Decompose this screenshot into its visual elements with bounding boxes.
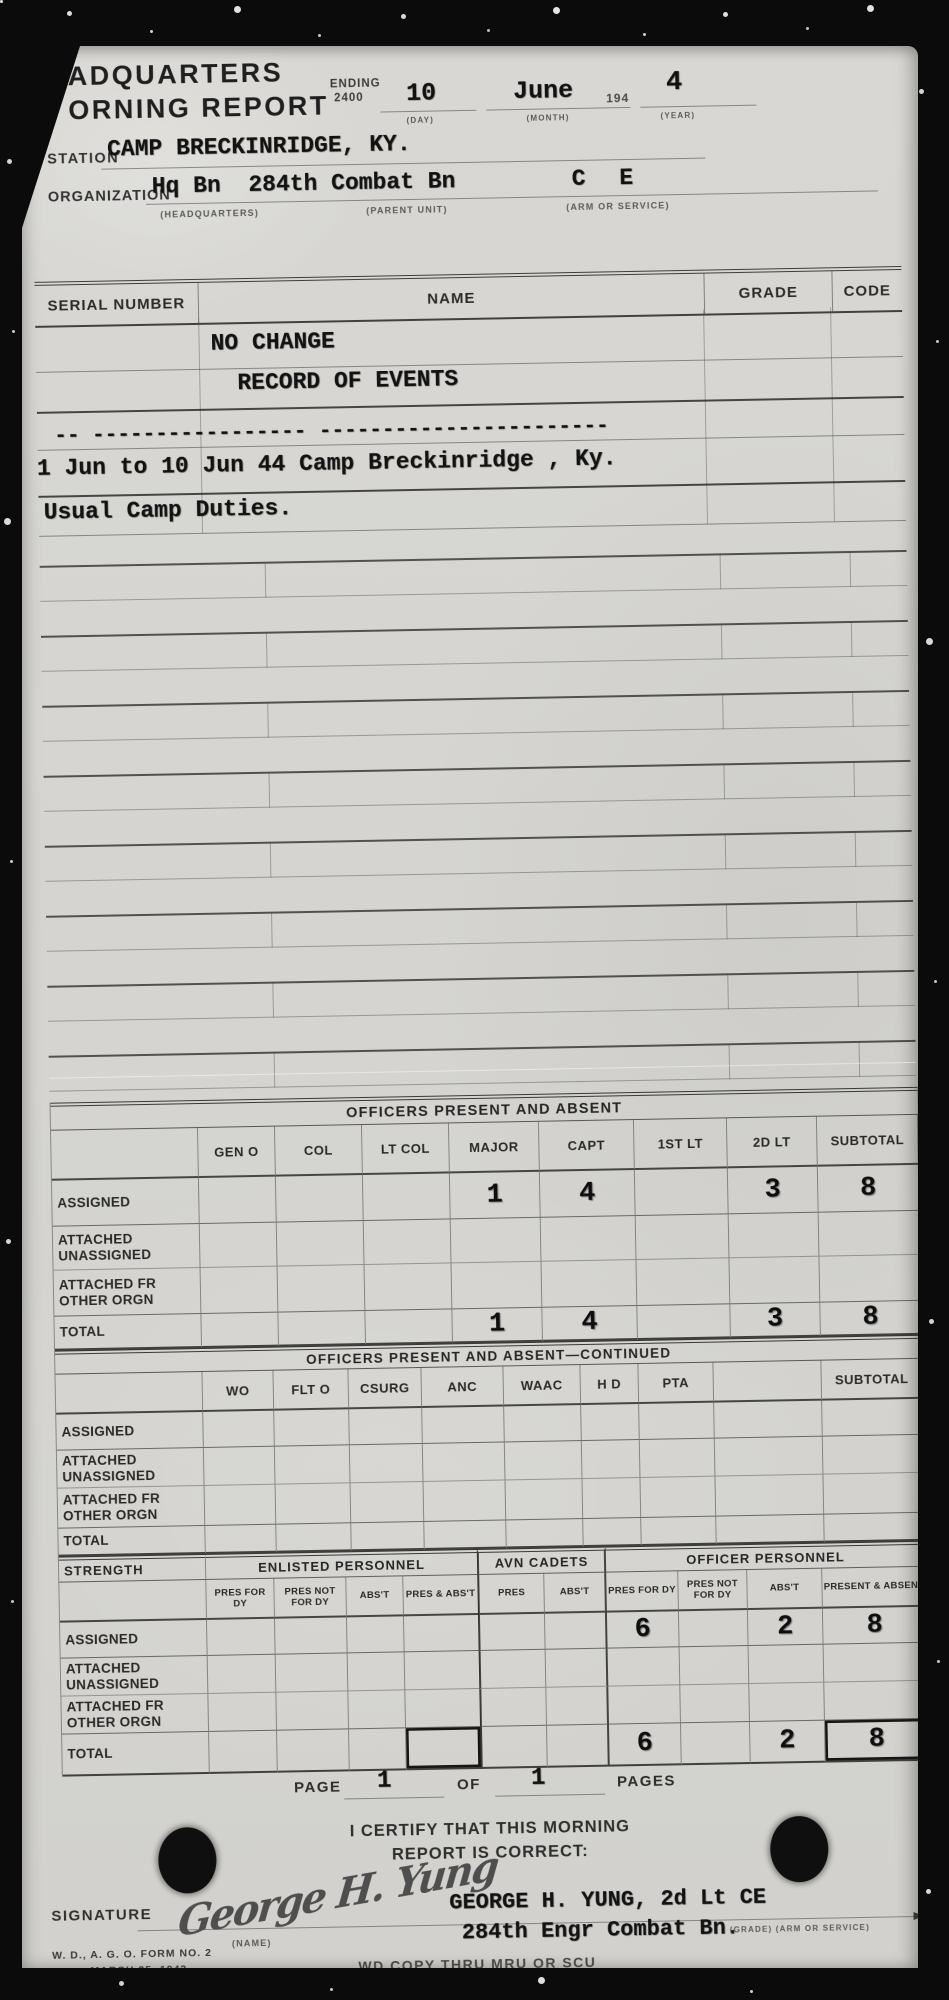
- column-header: ABS'T: [346, 1576, 404, 1617]
- empty-cell: [276, 1523, 352, 1552]
- organization-value: Hq Bn 284th Combat Bn: [151, 168, 455, 200]
- empty-cell: [277, 1729, 350, 1772]
- column-header: PRES: [477, 1574, 545, 1615]
- station-value: CAMP BRECKINRIDGE, KY.: [107, 131, 411, 163]
- empty-cell: [608, 1647, 681, 1686]
- empty-cell: [422, 1406, 505, 1443]
- record-line-duties: Usual Camp Duties.: [43, 495, 292, 526]
- empty-cell: [276, 1175, 364, 1223]
- empty-cell: [364, 1219, 452, 1265]
- column-header: PRES FOR DY: [206, 1579, 275, 1620]
- group-header-avn-cadets: AVN CADETS: [477, 1547, 606, 1575]
- column-header: CAPT: [539, 1120, 635, 1172]
- column-header: H D: [580, 1364, 639, 1405]
- column-header: GEN O: [198, 1127, 276, 1178]
- ruled-line: [38, 480, 905, 498]
- empty-cell: [505, 1441, 583, 1480]
- column-header: PRES FOR DY: [606, 1571, 679, 1612]
- grade-arm-sublabel: (GRADE) (ARM OR SERVICE): [730, 1923, 870, 1935]
- empty-cell: [275, 1445, 351, 1484]
- day-underline: [380, 110, 476, 113]
- empty-cell: [749, 1683, 825, 1722]
- empty-cell: [541, 1260, 637, 1308]
- empty-cell: [679, 1610, 749, 1647]
- empty-cell: [749, 1645, 825, 1684]
- column-header: ABS'T: [544, 1573, 607, 1614]
- day-sublabel: (DAY): [406, 116, 434, 126]
- serial-number-column-header: SERIAL NUMBER: [35, 283, 200, 326]
- strength-table: STRENGTH ENLISTED PERSONNEL AVN CADETS O…: [58, 1541, 931, 1777]
- year-prefix: 194: [606, 91, 629, 105]
- empty-cell: [348, 1652, 406, 1691]
- empty-cell: [479, 1688, 547, 1727]
- empty-cell: [405, 1651, 481, 1690]
- column-header: ABS'T: [747, 1569, 823, 1610]
- empty-cell: [275, 1617, 348, 1654]
- empty-cell: [824, 1513, 925, 1543]
- column-divider: [703, 310, 708, 524]
- empty-cell: [349, 1408, 423, 1445]
- empty-cell: [506, 1519, 584, 1548]
- column-header: PRESENT & ABSENT: [822, 1567, 927, 1609]
- empty-cell: [636, 1258, 730, 1306]
- empty-cell: [505, 1479, 583, 1520]
- empty-cell: [581, 1404, 640, 1441]
- empty-cell: [423, 1442, 506, 1481]
- pages-total: 1: [531, 1765, 546, 1792]
- empty-cell: [819, 1255, 921, 1303]
- empty-cell: [640, 1439, 716, 1478]
- row-label: ATTACHED UNASSIGNED: [61, 1656, 209, 1697]
- empty-cell: [350, 1444, 424, 1483]
- page-number: 1: [377, 1768, 392, 1795]
- empty-cell: [641, 1517, 717, 1546]
- empty-cell: [201, 1267, 279, 1314]
- value-cell: 8: [823, 1607, 928, 1645]
- code-column-header: CODE: [832, 270, 902, 311]
- empty-cell: [349, 1728, 407, 1771]
- punch-hole-right: [770, 1816, 829, 1883]
- pages-label: PAGES: [617, 1772, 676, 1790]
- empty-cell: [424, 1480, 507, 1521]
- row-label: ATTACHED FR OTHER ORGN: [54, 1268, 202, 1317]
- empty-cell: [208, 1655, 277, 1694]
- empty-cell: [478, 1614, 546, 1651]
- value-cell: 4: [540, 1170, 636, 1218]
- value-cell: 8: [820, 1301, 922, 1337]
- empty-cell: [824, 1681, 929, 1721]
- row-label: ATTACHED UNASSIGNED: [57, 1448, 205, 1489]
- scan-tilt-wrapper: ADQUARTERS ORNING REPORT ENDING 2400 10 …: [7, 38, 938, 1976]
- signature-line-arrow: [913, 1912, 923, 1920]
- empty-cell: [363, 1173, 451, 1221]
- column-header: FLT O: [273, 1369, 349, 1410]
- row-label: ASSIGNED: [52, 1178, 200, 1227]
- name-column-header: NAME: [199, 274, 706, 323]
- empty-cell: [715, 1437, 824, 1477]
- empty-cell: [424, 1520, 506, 1549]
- year-sublabel: (YEAR): [660, 111, 695, 121]
- ruled-line: [37, 396, 904, 414]
- column-header: WAAC: [503, 1365, 581, 1406]
- empty-cell: [547, 1725, 610, 1768]
- empty-cell: [347, 1616, 405, 1653]
- boxed-value-cell: 8: [825, 1719, 930, 1763]
- value-cell: 3: [730, 1303, 821, 1339]
- officers-present-absent-table: OFFICERS PRESENT AND ABSENT GEN O COL LT…: [50, 1087, 923, 1351]
- empty-cell: [274, 1409, 350, 1446]
- empty-cell: [824, 1643, 929, 1683]
- form-title-line2: ORNING REPORT: [68, 90, 329, 126]
- column-header: 2D LT: [727, 1117, 818, 1169]
- value-cell: 2: [748, 1609, 824, 1646]
- typed-unit: 284th Engr Combat Bn.: [462, 1915, 740, 1945]
- column-header: 1ST LT: [634, 1118, 728, 1170]
- paper-sheet: ADQUARTERS ORNING REPORT ENDING 2400 10 …: [22, 46, 918, 1968]
- row-label: TOTAL: [58, 1526, 205, 1557]
- record-line-dates: 1 Jun to 10 Jun 44 Camp Breckinridge , K…: [37, 445, 617, 482]
- certify-line1: I CERTIFY THAT THIS MORNING: [270, 1816, 710, 1843]
- empty-cell: [205, 1485, 277, 1526]
- row-label: TOTAL: [54, 1314, 202, 1351]
- empty-cell: [278, 1265, 366, 1313]
- month-sublabel: (MONTH): [526, 113, 569, 123]
- empty-cell: [480, 1726, 548, 1769]
- empty-cell: [203, 1411, 275, 1448]
- empty-cell: [365, 1309, 453, 1345]
- empty-cell: [582, 1440, 641, 1479]
- value-cell: 3: [728, 1167, 819, 1215]
- empty-cell: [729, 1213, 820, 1259]
- empty-cell: [351, 1482, 425, 1523]
- column-header: PRES NOT FOR DY: [678, 1570, 748, 1611]
- headquarters-sublabel: (HEADQUARTERS): [160, 208, 259, 220]
- officers-continued-table: OFFICERS PRESENT AND ABSENT—CONTINUED WO…: [54, 1335, 927, 1557]
- value-cell: 1: [452, 1308, 543, 1344]
- form-title-line1: ADQUARTERS: [67, 57, 283, 92]
- column-header: COL: [275, 1125, 363, 1177]
- ending-time: 2400: [334, 92, 364, 105]
- scanned-morning-report: ADQUARTERS ORNING REPORT ENDING 2400 10 …: [0, 0, 949, 2000]
- empty-cell: [348, 1690, 406, 1729]
- month-value: June: [513, 76, 574, 106]
- empty-cell: [635, 1168, 729, 1216]
- empty-cell: [452, 1262, 543, 1310]
- empty-cell: [822, 1399, 924, 1437]
- form-number: W. D., A. G. O. FORM NO. 2: [52, 1947, 212, 1962]
- typed-name: GEORGE H. YUNG, 2d Lt CE: [449, 1885, 766, 1916]
- empty-cell: [199, 1177, 277, 1224]
- blank-column-header: [713, 1361, 822, 1403]
- empty-cell: [823, 1473, 925, 1515]
- row-label: ATTACHED UNASSIGNED: [53, 1224, 201, 1271]
- empty-cell: [640, 1477, 716, 1518]
- wd-copy-note: WD COPY THRU MRU OR SCU: [358, 1954, 596, 1974]
- empty-cell: [823, 1435, 925, 1475]
- value-cell: 1: [450, 1172, 541, 1220]
- column-header: WO: [202, 1371, 274, 1412]
- empty-cell: [405, 1689, 481, 1728]
- name-sublabel: (NAME): [232, 1938, 272, 1949]
- column-header: SUBTOTAL: [817, 1115, 919, 1167]
- value-cell: 8: [818, 1165, 920, 1213]
- empty-cell: [504, 1405, 582, 1442]
- empty-cell: [716, 1515, 824, 1545]
- empty-cell: [639, 1403, 715, 1440]
- corner-cell: [59, 1580, 207, 1623]
- value-cell: 6: [607, 1611, 680, 1648]
- strength-row-header: STRENGTH: [59, 1554, 206, 1583]
- punch-hole-left: [158, 1827, 217, 1894]
- empty-cell: [479, 1650, 547, 1689]
- pages-underline: [495, 1794, 605, 1797]
- ruled-line: [36, 356, 903, 373]
- column-divider: [830, 307, 835, 521]
- empty-cell: [636, 1214, 730, 1260]
- row-label: ASSIGNED: [56, 1412, 204, 1451]
- empty-cell: [204, 1447, 276, 1486]
- roster-header-row: SERIAL NUMBER NAME GRADE CODE: [34, 266, 902, 328]
- empty-cell: [637, 1304, 731, 1340]
- column-header: PTA: [638, 1363, 714, 1404]
- column-header: LT COL: [362, 1123, 450, 1175]
- value-cell: 4: [542, 1306, 638, 1342]
- value-cell: 6: [609, 1723, 682, 1766]
- empty-cell: [729, 1257, 820, 1305]
- month-underline: [486, 107, 630, 111]
- ending-label: ENDING: [330, 78, 381, 91]
- row-label: TOTAL: [62, 1732, 210, 1777]
- empty-cell: [546, 1687, 609, 1726]
- row-label: ATTACHED FR OTHER ORGN: [58, 1486, 206, 1529]
- boxed-empty-cell: [406, 1727, 482, 1770]
- empty-cell: [277, 1221, 365, 1267]
- empty-cell: [582, 1478, 641, 1519]
- parent-unit-sublabel: (PARENT UNIT): [366, 204, 448, 215]
- row-label: ASSIGNED: [60, 1620, 208, 1659]
- column-header: CSURG: [348, 1368, 422, 1409]
- column-header: PRES & ABS'T: [403, 1575, 479, 1616]
- scan-noise: [0, 0, 3, 3]
- empty-cell: [209, 1731, 278, 1774]
- empty-cell: [715, 1475, 824, 1517]
- column-header: SUBTOTAL: [821, 1359, 923, 1401]
- arm-or-service-value: C E: [571, 165, 643, 192]
- page-label: PAGE: [294, 1779, 342, 1797]
- empty-cell: [351, 1522, 425, 1551]
- empty-cell: [208, 1693, 277, 1732]
- empty-cell: [276, 1653, 349, 1692]
- empty-cell: [404, 1615, 480, 1652]
- signature-label: SIGNATURE: [51, 1906, 152, 1925]
- form-date: MARCH 25, 1943: [90, 1963, 187, 1977]
- empty-cell: [608, 1685, 681, 1724]
- empty-cell: [205, 1525, 277, 1554]
- column-header: MAJOR: [449, 1122, 540, 1174]
- arm-or-service-sublabel: (ARM OR SERVICE): [566, 200, 670, 212]
- year-underline: [640, 105, 756, 108]
- page-underline: [344, 1797, 444, 1800]
- empty-cell: [200, 1223, 278, 1268]
- empty-cell: [680, 1684, 750, 1723]
- empty-cell: [541, 1216, 637, 1262]
- empty-cell: [365, 1263, 453, 1311]
- empty-cell: [451, 1218, 542, 1264]
- value-cell: 2: [750, 1721, 826, 1764]
- empty-cell: [681, 1722, 751, 1765]
- blank-ruled-rows: [40, 550, 917, 1103]
- empty-cell: [680, 1646, 750, 1685]
- empty-cell: [276, 1483, 352, 1524]
- column-header: ANC: [421, 1366, 504, 1407]
- corner-cell: [51, 1128, 199, 1181]
- empty-cell: [545, 1613, 608, 1650]
- empty-cell: [546, 1649, 609, 1688]
- empty-cell: [714, 1401, 823, 1439]
- day-value: 10: [406, 78, 437, 108]
- column-header: PRES NOT FOR DY: [274, 1577, 347, 1618]
- year-value: 4: [666, 68, 683, 98]
- of-label: OF: [457, 1776, 481, 1793]
- corner-cell: [55, 1372, 203, 1415]
- empty-cell: [583, 1518, 642, 1547]
- empty-cell: [201, 1313, 279, 1348]
- empty-cell: [276, 1691, 349, 1730]
- record-line-record-of-events: RECORD OF EVENTS: [237, 366, 458, 396]
- empty-cell: [819, 1211, 921, 1257]
- record-line-no-change: NO CHANGE: [210, 328, 335, 356]
- grade-column-header: GRADE: [704, 271, 833, 313]
- empty-cell: [278, 1311, 366, 1347]
- empty-cell: [207, 1619, 276, 1656]
- row-label: ATTACHED FR OTHER ORGN: [61, 1694, 209, 1735]
